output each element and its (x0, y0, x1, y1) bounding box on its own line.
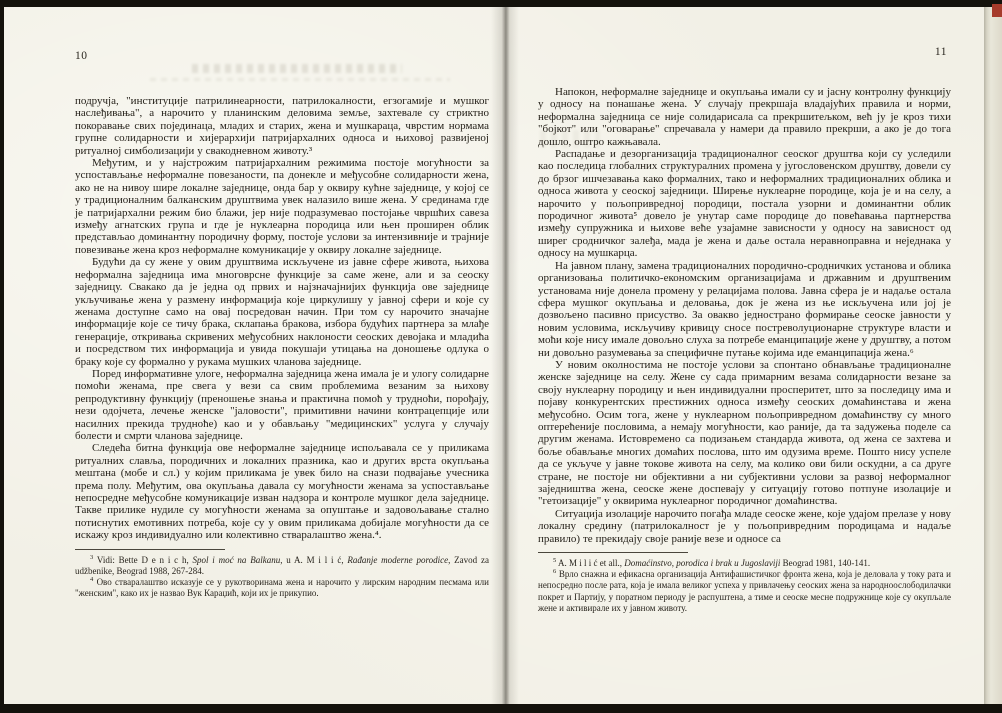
body-paragraph: Ситуација изолације нарочито погађа млад… (538, 508, 951, 545)
page-left-footnotes: 3 Vidi: Bette D e n i c h, Spol i moć na… (75, 549, 489, 600)
page-number-right: 11 (538, 46, 951, 58)
page-right: 11 Напокон, неформалне заједнице и окупљ… (538, 46, 951, 614)
book-gutter-shadow (491, 7, 519, 704)
footnote: 6 Врло снажна и ефикасна организација Ан… (538, 569, 951, 614)
body-paragraph: подручја, "институције патрилинеарности,… (75, 95, 489, 157)
cover-red-mark (992, 4, 1002, 17)
footnote-rule (75, 549, 225, 550)
footnote-marker: 5 (553, 557, 556, 564)
footnote-text: Beograd 1981, 140-141. (780, 558, 870, 568)
footnote-rule (538, 552, 688, 553)
body-paragraph: Будући да су жене у овим друштвима искљу… (75, 256, 489, 368)
footnote-text: Vidi: Bette D e n i c h, (97, 555, 193, 565)
footnote: 5 A. M i l i ć et all., Domaćinstvo, por… (538, 558, 951, 569)
footnote-text: Ово стваралаштво исказује се у рукотвори… (75, 577, 489, 598)
body-paragraph: Следећа битна функција ове неформалне за… (75, 442, 489, 541)
footnote-text: , u A. M i l i ć, (280, 555, 347, 565)
body-paragraph: На јавном плану, замена традиционалних п… (538, 260, 951, 359)
page-left-body: подручја, "институције патрилинеарности,… (75, 95, 489, 542)
footnote-title: Spol i moć na Balkanu (193, 555, 281, 565)
footnote-marker: 3 (90, 554, 93, 561)
footnote-title: Domaćinstvo, porodica i brak u Jugoslavi… (624, 558, 780, 568)
page-right-footnotes: 5 A. M i l i ć et all., Domaćinstvo, por… (538, 552, 951, 614)
footnote-text: Врло снажна и ефикасна организација Анти… (538, 569, 951, 613)
footnote-title: Rađanje moderne porodice (347, 555, 448, 565)
page-number-left: 10 (75, 50, 489, 62)
body-paragraph: У новим околностима не постоје услови за… (538, 359, 951, 508)
body-paragraph: Међутим, и у најстрожим патријархалним р… (75, 157, 489, 256)
page-edge-band (984, 7, 1002, 704)
footnote: 3 Vidi: Bette D e n i c h, Spol i moć na… (75, 555, 489, 577)
body-paragraph: Распадање и дезорганизација традиционалн… (538, 148, 951, 260)
footnote-text: A. M i l i ć et all., (558, 558, 624, 568)
page-right-body: Напокон, неформалне заједнице и окупљања… (538, 86, 951, 545)
footnote-marker: 4 (90, 576, 93, 583)
book-scan: 10 подручја, "институције патрилинеарнос… (0, 0, 1002, 713)
body-paragraph: Поред информативне улоге, неформална зај… (75, 368, 489, 442)
body-paragraph: Напокон, неформалне заједнице и окупљања… (538, 86, 951, 148)
footnote: 4 Ово стваралаштво исказује се у рукотво… (75, 577, 489, 599)
footnote-marker: 6 (553, 568, 556, 575)
page-left: 10 подручја, "институције патрилинеарнос… (75, 50, 489, 599)
